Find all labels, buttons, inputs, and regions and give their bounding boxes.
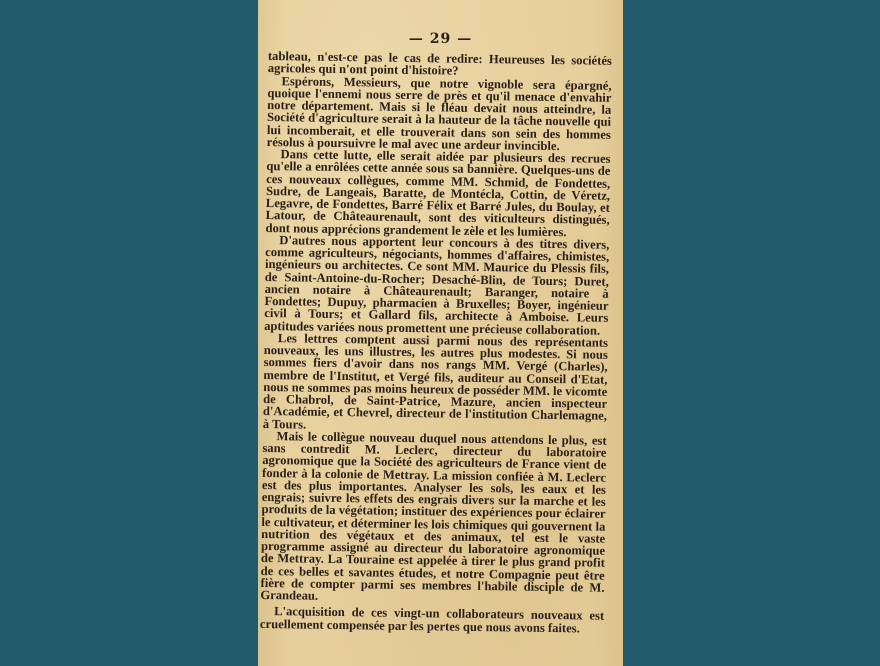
scanned-book-page: — 29 — tableau, n'est-ce pas le cas de r… [258, 0, 623, 666]
paragraph-lettres: Les lettres comptent aussi parmi nous de… [263, 332, 608, 435]
page-number: — 29 — [258, 31, 623, 47]
paragraph-concours: D'autres nous apportent leur concours à … [264, 234, 609, 337]
page-body-text: tableau, n'est-ce pas le cas de redire: … [260, 50, 612, 634]
paragraph-acquisition: L'acquisition de ces vingt-un collaborat… [260, 605, 604, 634]
paragraph-vignoble: Espérons, Messieurs, que notre vignoble … [267, 74, 612, 152]
paragraph-recrues: Dans cette lutte, elle serait aidée par … [265, 148, 610, 239]
paragraph-leclerc: Mais le collègue nouveau duquel nous att… [260, 430, 606, 606]
